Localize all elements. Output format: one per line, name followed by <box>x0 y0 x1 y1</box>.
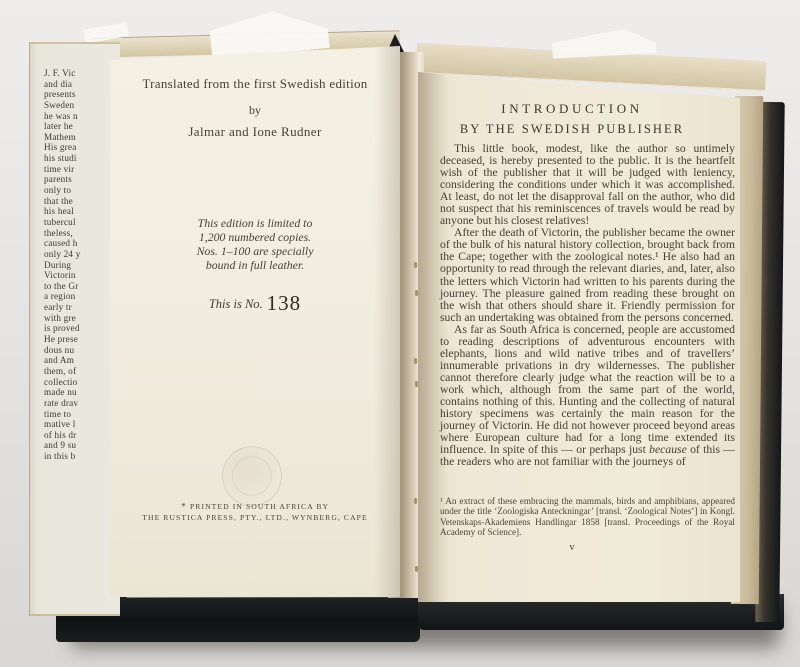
translated-line: Translated from the first Swedish editio… <box>110 76 400 92</box>
flap-text-line: early tr <box>44 302 120 313</box>
flap-text-line: rate drav <box>44 398 120 409</box>
flap-text-line: made nu <box>44 387 120 398</box>
flap-text-line: to the Gr <box>44 281 120 292</box>
limitation-line: 1,200 numbered copies. <box>110 230 400 244</box>
flap-text-column: J. F. Vicand diapresentsSwedenhe was nla… <box>44 68 120 462</box>
flap-text-line: theless, <box>44 228 120 239</box>
paragraph3-text: As far as South Africa is concerned, peo… <box>440 323 735 456</box>
limitation-notice: This edition is limited to1,200 numbered… <box>110 216 400 316</box>
body-paragraph: This little book, modest, like the autho… <box>440 143 735 227</box>
flap-text-line: Mathem <box>44 132 120 143</box>
flap-text-line: His grea <box>44 142 120 153</box>
by-line: by <box>110 103 400 118</box>
flap-text-line: and Am <box>44 355 120 366</box>
flap-text-line: them, of <box>44 366 120 377</box>
body-text: This little book, modest, like the autho… <box>440 143 735 468</box>
page-number: v <box>418 542 726 553</box>
limitation-line: Nos. 1–100 are specially <box>110 244 400 258</box>
right-page: INTRODUCTION BY THE SWEDISH PUBLISHER Th… <box>418 60 740 602</box>
flap-text-line: mative l <box>44 419 120 430</box>
flap-text-line: J. F. Vic <box>44 68 120 79</box>
flap-text-line: his studi <box>44 153 120 164</box>
flap-text-line: with gre <box>44 313 120 324</box>
paragraph3-italic-word: because <box>649 443 687 456</box>
limitation-line: bound in full leather. <box>110 258 400 272</box>
heading-line-1: INTRODUCTION <box>418 101 726 117</box>
flap-text-line: time to <box>44 409 120 420</box>
flap-text-line: Sweden <box>44 100 120 111</box>
body-paragraph: After the death of Victorin, the publish… <box>440 227 735 323</box>
flap-text-line: Victorin <box>44 270 120 281</box>
printer-imprint: ✳PRINTED IN SOUTH AFRICA BY THE RUSTICA … <box>110 501 400 523</box>
tissue-paper <box>551 27 656 58</box>
flap-text-line: later he <box>44 121 120 132</box>
flap-text-line: in this b <box>44 451 120 462</box>
copy-number-line: This is No.138 <box>110 291 400 316</box>
heading-line-2: BY THE SWEDISH PUBLISHER <box>418 122 726 137</box>
stitch-thread <box>415 381 418 387</box>
imprint-line-1: ✳PRINTED IN SOUTH AFRICA BY <box>110 501 400 512</box>
flap-text-line: parents <box>44 174 120 185</box>
flap-text-line: He prese <box>44 334 120 345</box>
copy-number: 138 <box>267 291 302 315</box>
flap-text-line: that the <box>44 196 120 207</box>
flap-text-line: During <box>44 260 120 271</box>
stitch-thread <box>415 566 418 572</box>
stitch-thread <box>415 290 418 296</box>
translation-note: Translated from the first Swedish editio… <box>110 76 400 140</box>
flap-text-line: and dia <box>44 79 120 90</box>
flap-text-line: time vir <box>44 164 120 175</box>
footnote: ¹ An extract of these embracing the mamm… <box>440 496 735 537</box>
flap-text-line: presents <box>44 89 120 100</box>
flap-text-line: tubercul <box>44 217 120 228</box>
body-paragraph: As far as South Africa is concerned, peo… <box>440 324 735 469</box>
flap-text-line: only to <box>44 185 120 196</box>
stitch-thread <box>414 358 417 364</box>
flap-text-line: a region <box>44 291 120 302</box>
flap-text-line: and 9 su <box>44 440 120 451</box>
flap-text-line: dous nu <box>44 345 120 356</box>
limitation-line: This edition is limited to <box>110 216 400 230</box>
stitch-thread <box>414 498 417 504</box>
stitch-thread <box>414 262 417 268</box>
flap-text-line: only 24 y <box>44 249 120 260</box>
photo-scene: J. F. Vicand diapresentsSwedenhe was nla… <box>0 0 800 667</box>
flap-text-line: is proved <box>44 323 120 334</box>
imprint-line-2: THE RUSTICA PRESS, PTY., LTD., WYNBERG, … <box>110 512 400 523</box>
printer-ornament-icon: ✳ <box>181 503 187 509</box>
flap-text-line: his heal <box>44 206 120 217</box>
embossed-stamp <box>222 446 282 506</box>
flap-text-line: caused h <box>44 238 120 249</box>
imprint-text-1: PRINTED IN SOUTH AFRICA BY <box>190 502 329 511</box>
translators-names: Jalmar and Ione Rudner <box>110 124 400 140</box>
flap-text-line: collectio <box>44 377 120 388</box>
flap-text-line: he was n <box>44 111 120 122</box>
introduction-heading: INTRODUCTION BY THE SWEDISH PUBLISHER <box>418 101 726 137</box>
flap-text-line: of his dr <box>44 430 120 441</box>
copy-number-label: This is No. <box>209 297 263 311</box>
left-page: Translated from the first Swedish editio… <box>110 46 400 597</box>
dust-jacket-flap: J. F. Vicand diapresentsSwedenhe was nla… <box>30 42 120 616</box>
